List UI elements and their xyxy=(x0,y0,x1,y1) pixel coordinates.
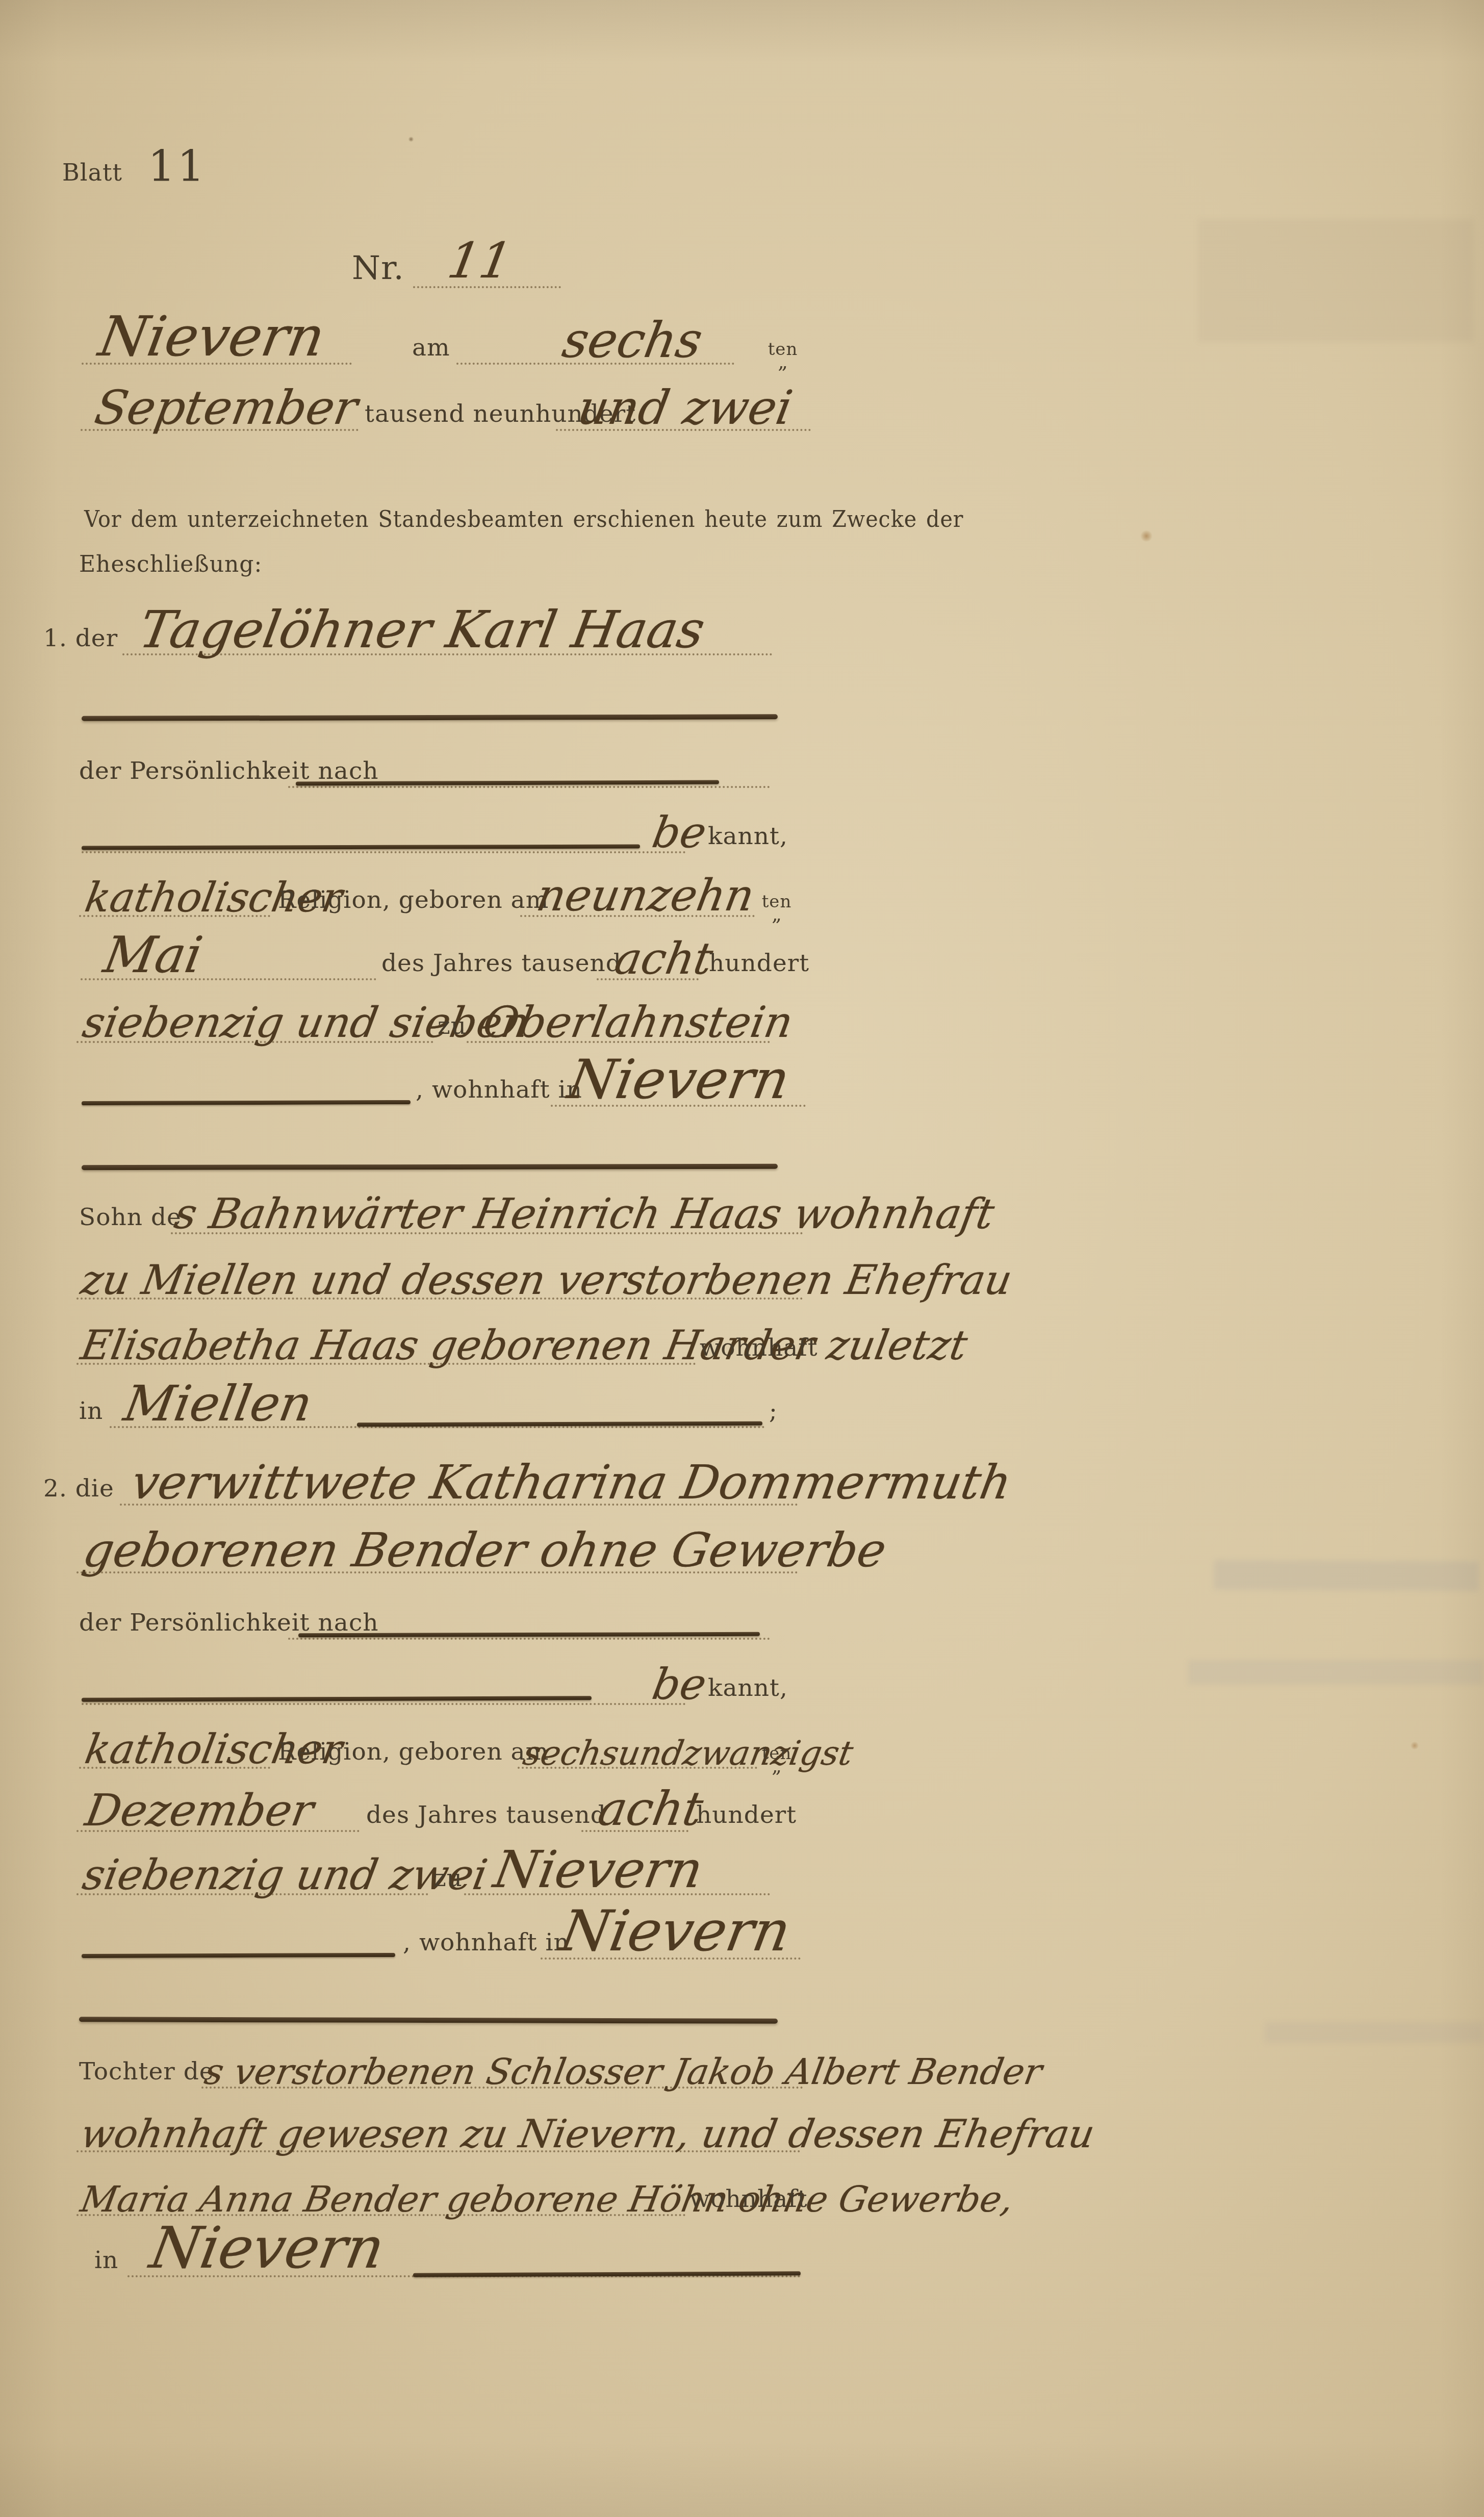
bride-residence-row: , wohnhaft in Nievern xyxy=(0,1873,1484,1960)
month-handwritten: September xyxy=(91,380,362,435)
bride-parents4-handwritten: Nievern xyxy=(145,2215,389,2281)
bride-parents-row-4: in Nievern xyxy=(0,2191,1484,2277)
bride-parents-in-label: in xyxy=(94,2246,118,2274)
record-number-row: Nr. 11 xyxy=(0,204,1484,288)
blatt-number: 11 xyxy=(148,141,207,191)
groom-parents-row-4: in Miellen ; xyxy=(0,1341,1484,1428)
groom-index-label: 1. der xyxy=(43,624,118,652)
ink-strikethrough xyxy=(82,1953,395,1958)
groom-entry-handwritten: Tagelöhner Karl Haas xyxy=(135,600,709,659)
bride-wohnhaft-label: , wohnhaft in xyxy=(403,1928,570,1956)
intro-row-2: Eheschließung: xyxy=(0,494,1484,580)
bride-residence-handwritten: Nievern xyxy=(556,1898,796,1964)
blatt-label: Blatt xyxy=(62,159,122,186)
scanned-marriage-register-page: { "page": { "blatt_label": "Blatt", "bla… xyxy=(0,0,1484,2517)
yearwords-handwritten: und zwei xyxy=(574,380,797,435)
ink-strikethrough xyxy=(82,1100,411,1105)
groom-residence-handwritten: Nievern xyxy=(564,1048,795,1111)
groom-wohnhaft-label: , wohnhaft in xyxy=(416,1076,582,1104)
groom-entry-row: 1. der Tagelöhner Karl Haas xyxy=(0,569,1484,655)
sheet-header-row: Blatt 11 xyxy=(0,110,1484,191)
month-year-row: September tausend neunhundert und zwei xyxy=(0,344,1484,431)
groom-residence-row: , wohnhaft in Nievern xyxy=(0,1020,1484,1107)
